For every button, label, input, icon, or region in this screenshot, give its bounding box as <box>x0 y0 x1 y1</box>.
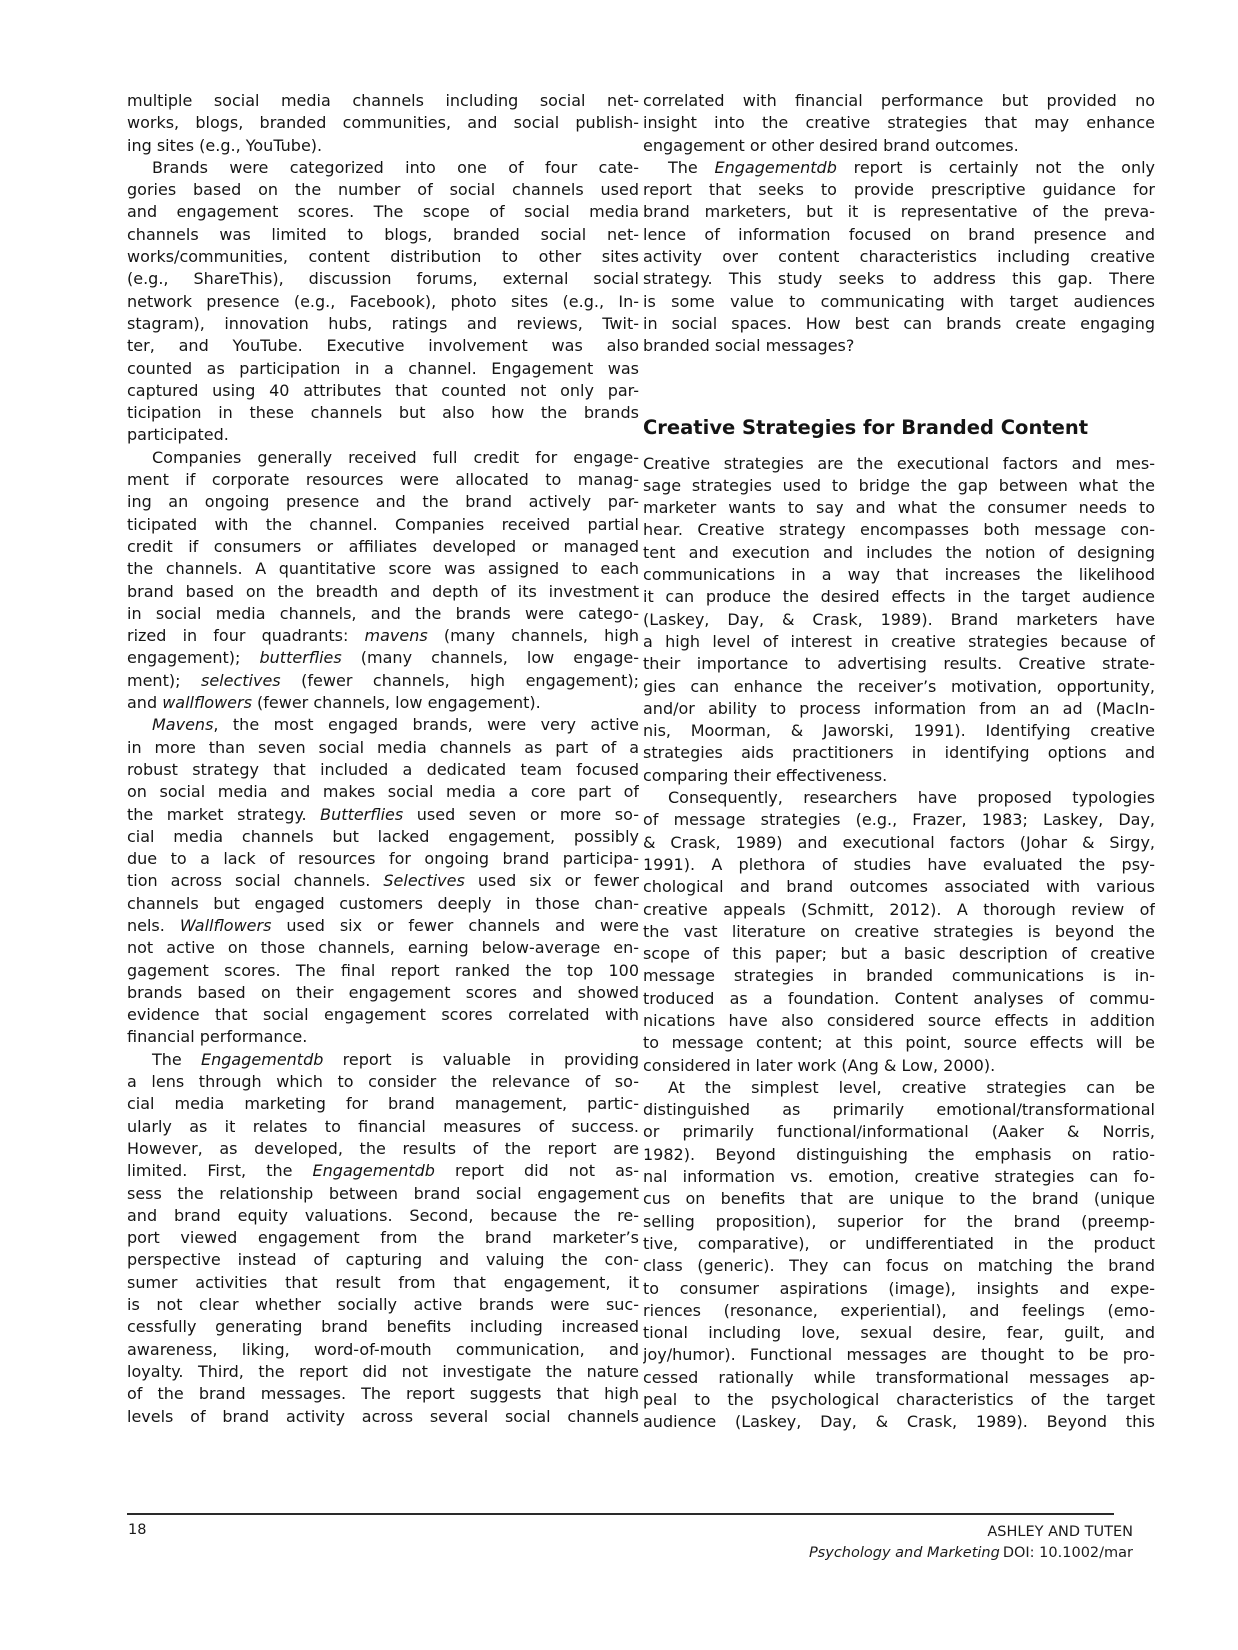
text-line: multiple social media channels including… <box>127 90 639 112</box>
text-line: participated. <box>127 424 639 446</box>
text-line: Creative strategies are the executional … <box>643 453 1155 475</box>
text-line: gies can enhance the receiver’s motivati… <box>643 676 1155 698</box>
text-line: nis, Moorman, & Jaworski, 1991). Identif… <box>643 720 1155 742</box>
text-line: class (generic). They can focus on match… <box>643 1255 1155 1277</box>
text-line: (Laskey, Day, & Crask, 1989). Brand mark… <box>643 609 1155 631</box>
text-line: or primarily functional/informational (A… <box>643 1121 1155 1143</box>
text-line: riences (resonance, experiential), and f… <box>643 1300 1155 1322</box>
text-line: ticipated with the channel. Companies re… <box>127 514 639 536</box>
text-line: distinguished as primarily emotional/tra… <box>643 1099 1155 1121</box>
text-line: perspective instead of capturing and val… <box>127 1249 639 1271</box>
left-column: multiple social media channels including… <box>127 90 639 1428</box>
text-line: cessed rationally while transformational… <box>643 1367 1155 1389</box>
text-line: considered in later work (Ang & Low, 200… <box>643 1055 1155 1077</box>
text-line: joy/humor). Functional messages are thou… <box>643 1344 1155 1366</box>
paragraph: The Engagementdb report is valuable in p… <box>127 1049 639 1428</box>
text-line: ticipation in these channels but also ho… <box>127 402 639 424</box>
text-line: to consumer aspirations (image), insight… <box>643 1278 1155 1300</box>
text-line: brand marketers, but it is representativ… <box>643 201 1155 223</box>
text-line: robust strategy that included a dedicate… <box>127 759 639 781</box>
text-line: on social media and makes social media a… <box>127 781 639 803</box>
text-line: channels was limited to blogs, branded s… <box>127 224 639 246</box>
text-line: and wallflowers (fewer channels, low eng… <box>127 692 639 714</box>
text-line: However, as developed, the results of th… <box>127 1138 639 1160</box>
paragraph: Consequently, researchers have proposed … <box>643 787 1155 1077</box>
paragraph: At the simplest level, creative strategi… <box>643 1077 1155 1434</box>
text-line: not active on those channels, earning be… <box>127 937 639 959</box>
text-line: troduced as a foundation. Content analys… <box>643 988 1155 1010</box>
text-line: report that seeks to provide prescriptiv… <box>643 179 1155 201</box>
text-line: ularly as it relates to financial measur… <box>127 1116 639 1138</box>
text-line: engagement or other desired brand outcom… <box>643 135 1155 157</box>
text-line: nal information vs. emotion, creative st… <box>643 1166 1155 1188</box>
text-line: branded social messages? <box>643 335 1155 357</box>
text-line: Consequently, researchers have proposed … <box>643 787 1155 809</box>
text-line: communications in a way that increases t… <box>643 564 1155 586</box>
text-line: is not clear whether socially active bra… <box>127 1294 639 1316</box>
text-line: the vast literature on creative strategi… <box>643 921 1155 943</box>
text-line: nications have also considered source ef… <box>643 1010 1155 1032</box>
right-column-top-section: correlated with financial performance bu… <box>643 90 1155 358</box>
text-line: sumer activities that result from that e… <box>127 1272 639 1294</box>
text-line: in more than seven social media channels… <box>127 737 639 759</box>
text-line: and brand equity valuations. Second, bec… <box>127 1205 639 1227</box>
text-line: brands based on their engagement scores … <box>127 982 639 1004</box>
text-line: audience (Laskey, Day, & Crask, 1989). B… <box>643 1411 1155 1433</box>
text-line: financial performance. <box>127 1026 639 1048</box>
text-line: sage strategies used to bridge the gap b… <box>643 475 1155 497</box>
text-line: brand based on the breadth and depth of … <box>127 581 639 603</box>
text-line: evidence that social engagement scores c… <box>127 1004 639 1026</box>
text-line: insight into the creative strategies tha… <box>643 112 1155 134</box>
footer-right: ASHLEY AND TUTEN Psychology and Marketin… <box>643 1522 1133 1564</box>
text-line: sess the relationship between brand soci… <box>127 1183 639 1205</box>
text-line: ing an ongoing presence and the brand ac… <box>127 491 639 513</box>
text-line: strategies aids practitioners in identif… <box>643 742 1155 764</box>
text-line: hear. Creative strategy encompasses both… <box>643 519 1155 541</box>
text-line: marketer wants to say and what the consu… <box>643 497 1155 519</box>
section-heading: Creative Strategies for Branded Content <box>643 414 1155 442</box>
paragraph: Mavens, the most engaged brands, were ve… <box>127 714 639 1048</box>
text-line: due to a lack of resources for ongoing b… <box>127 848 639 870</box>
text-line: and engagement scores. The scope of soci… <box>127 201 639 223</box>
text-line: tent and execution and includes the noti… <box>643 542 1155 564</box>
text-line: of message strategies (e.g., Frazer, 198… <box>643 809 1155 831</box>
page-number: 18 <box>128 1522 146 1538</box>
text-line: message strategies in branded communicat… <box>643 965 1155 987</box>
text-line: Companies generally received full credit… <box>127 447 639 469</box>
text-line: works, blogs, branded communities, and s… <box>127 112 639 134</box>
text-line: comparing their effectiveness. <box>643 765 1155 787</box>
text-line: scope of this paper; but a basic descrip… <box>643 943 1155 965</box>
text-line: tive, comparative), or undifferentiated … <box>643 1233 1155 1255</box>
text-line: in social spaces. How best can brands cr… <box>643 313 1155 335</box>
text-line: gagement scores. The final report ranked… <box>127 960 639 982</box>
text-line: to message content; at this point, sourc… <box>643 1032 1155 1054</box>
text-line: The Engagementdb report is valuable in p… <box>127 1049 639 1071</box>
text-line: a lens through which to consider the rel… <box>127 1071 639 1093</box>
text-line: awareness, liking, word-of-mouth communi… <box>127 1339 639 1361</box>
text-line: At the simplest level, creative strategi… <box>643 1077 1155 1099</box>
text-line: loyalty. Third, the report did not inves… <box>127 1361 639 1383</box>
text-line: cessfully generating brand benefits incl… <box>127 1316 639 1338</box>
text-line: port viewed engagement from the brand ma… <box>127 1227 639 1249</box>
text-line: 1991). A plethora of studies have evalua… <box>643 854 1155 876</box>
text-line: creative appeals (Schmitt, 2012). A thor… <box>643 899 1155 921</box>
text-line: engagement); butterflies (many channels,… <box>127 647 639 669</box>
text-line: peal to the psychological characteristic… <box>643 1389 1155 1411</box>
text-line: limited. First, the Engagementdb report … <box>127 1160 639 1182</box>
text-line: cial media marketing for brand managemen… <box>127 1093 639 1115</box>
text-line: the channels. A quantitative score was a… <box>127 558 639 580</box>
text-line: Mavens, the most engaged brands, were ve… <box>127 714 639 736</box>
paragraph: multiple social media channels including… <box>127 90 639 157</box>
text-line: activity over content characteristics in… <box>643 246 1155 268</box>
text-line: & Crask, 1989) and executional factors (… <box>643 832 1155 854</box>
text-line: cial media channels but lacked engagemen… <box>127 826 639 848</box>
text-line: ing sites (e.g., YouTube). <box>127 135 639 157</box>
text-line: is some value to communicating with targ… <box>643 291 1155 313</box>
text-line: gories based on the number of social cha… <box>127 179 639 201</box>
text-line: the market strategy. Butterflies used se… <box>127 804 639 826</box>
text-line: Brands were categorized into one of four… <box>127 157 639 179</box>
text-line: channels but engaged customers deeply in… <box>127 893 639 915</box>
text-line: rized in four quadrants: mavens (many ch… <box>127 625 639 647</box>
paragraph: correlated with financial performance bu… <box>643 90 1155 157</box>
text-line: The Engagementdb report is certainly not… <box>643 157 1155 179</box>
paragraph: Brands were categorized into one of four… <box>127 157 639 447</box>
doi-text: DOI: 10.1002/mar <box>1003 1545 1133 1561</box>
text-line: ment); selectives (fewer channels, high … <box>127 670 639 692</box>
text-line: lence of information focused on brand pr… <box>643 224 1155 246</box>
text-line: cus on benefits that are unique to the b… <box>643 1188 1155 1210</box>
journal-name: Psychology and Marketing <box>809 1545 1000 1561</box>
text-line: 1982). Beyond distinguishing the emphasi… <box>643 1144 1155 1166</box>
text-line: a high level of interest in creative str… <box>643 631 1155 653</box>
text-line: and/or ability to process information fr… <box>643 698 1155 720</box>
footer-divider <box>127 1513 1114 1515</box>
text-line: strategy. This study seeks to address th… <box>643 268 1155 290</box>
text-line: credit if consumers or affiliates develo… <box>127 536 639 558</box>
text-line: stagram), innovation hubs, ratings and r… <box>127 313 639 335</box>
text-line: tion across social channels. Selectives … <box>127 870 639 892</box>
right-column: correlated with financial performance bu… <box>643 90 1155 1434</box>
text-line: their importance to advertising results.… <box>643 653 1155 675</box>
text-line: ter, and YouTube. Executive involvement … <box>127 335 639 357</box>
text-line: tional including love, sexual desire, fe… <box>643 1322 1155 1344</box>
text-line: of the brand messages. The report sugges… <box>127 1383 639 1405</box>
text-line: in social media channels, and the brands… <box>127 603 639 625</box>
text-line: nels. Wallflowers used six or fewer chan… <box>127 915 639 937</box>
text-line: correlated with financial performance bu… <box>643 90 1155 112</box>
text-line: (e.g., ShareThis), discussion forums, ex… <box>127 268 639 290</box>
text-line: chological and brand outcomes associated… <box>643 876 1155 898</box>
document-page: multiple social media channels including… <box>0 0 1238 1650</box>
paragraph: Creative strategies are the executional … <box>643 453 1155 787</box>
running-head: ASHLEY AND TUTEN <box>643 1522 1133 1543</box>
text-line: network presence (e.g., Facebook), photo… <box>127 291 639 313</box>
text-line: it can produce the desired effects in th… <box>643 586 1155 608</box>
right-column-bottom-section: Creative strategies are the executional … <box>643 453 1155 1434</box>
text-line: selling proposition), superior for the b… <box>643 1211 1155 1233</box>
paragraph: The Engagementdb report is certainly not… <box>643 157 1155 358</box>
text-line: works/communities, content distribution … <box>127 246 639 268</box>
journal-doi-line: Psychology and MarketingDOI: 10.1002/mar <box>643 1543 1133 1564</box>
text-line: counted as participation in a channel. E… <box>127 358 639 380</box>
text-line: levels of brand activity across several … <box>127 1406 639 1428</box>
text-line: captured using 40 attributes that counte… <box>127 380 639 402</box>
text-line: ment if corporate resources were allocat… <box>127 469 639 491</box>
paragraph: Companies generally received full credit… <box>127 447 639 715</box>
